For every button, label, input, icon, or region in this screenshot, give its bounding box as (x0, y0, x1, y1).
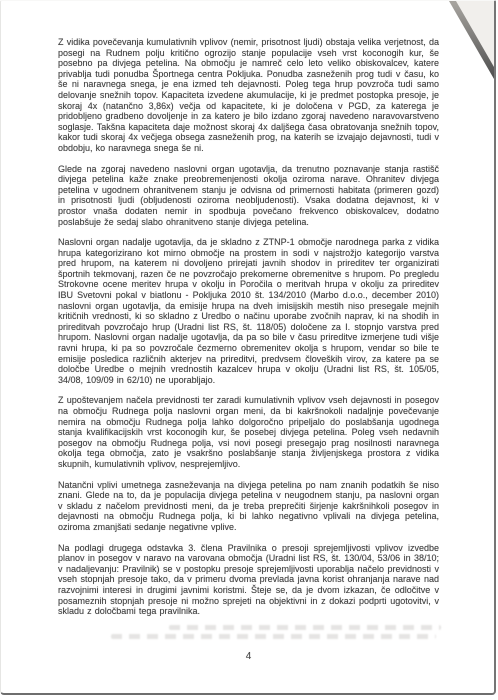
paragraph-legal-basis-pravilnik: Na podlagi drugega odstavka 3. člena Pra… (58, 543, 439, 617)
scanned-document-page: Z vidika povečevanja kumulativnih vplivo… (0, 0, 496, 695)
paragraph-artificial-snow-impacts: Natančni vplivi umetnega zasneževanja na… (58, 480, 439, 533)
bleed-through-text (111, 634, 436, 639)
page-number: 4 (58, 651, 439, 662)
page-corner-fold (449, 1, 494, 79)
paragraph-capercaillie-status: Glede na zgoraj navedeno naslovni organ … (58, 164, 439, 228)
bleed-through-text (169, 625, 441, 630)
paragraph-cumulative-impacts: Z vidika povečevanja kumulativnih vplivo… (58, 37, 439, 154)
document-body-text: Z vidika povečevanja kumulativnih vplivo… (58, 37, 439, 627)
paragraph-precautionary-principle: Z upoštevanjem načela previdnosti ter za… (58, 395, 439, 469)
paragraph-noise-assessment: Naslovni organ nadalje ugotavlja, da je … (58, 237, 439, 385)
